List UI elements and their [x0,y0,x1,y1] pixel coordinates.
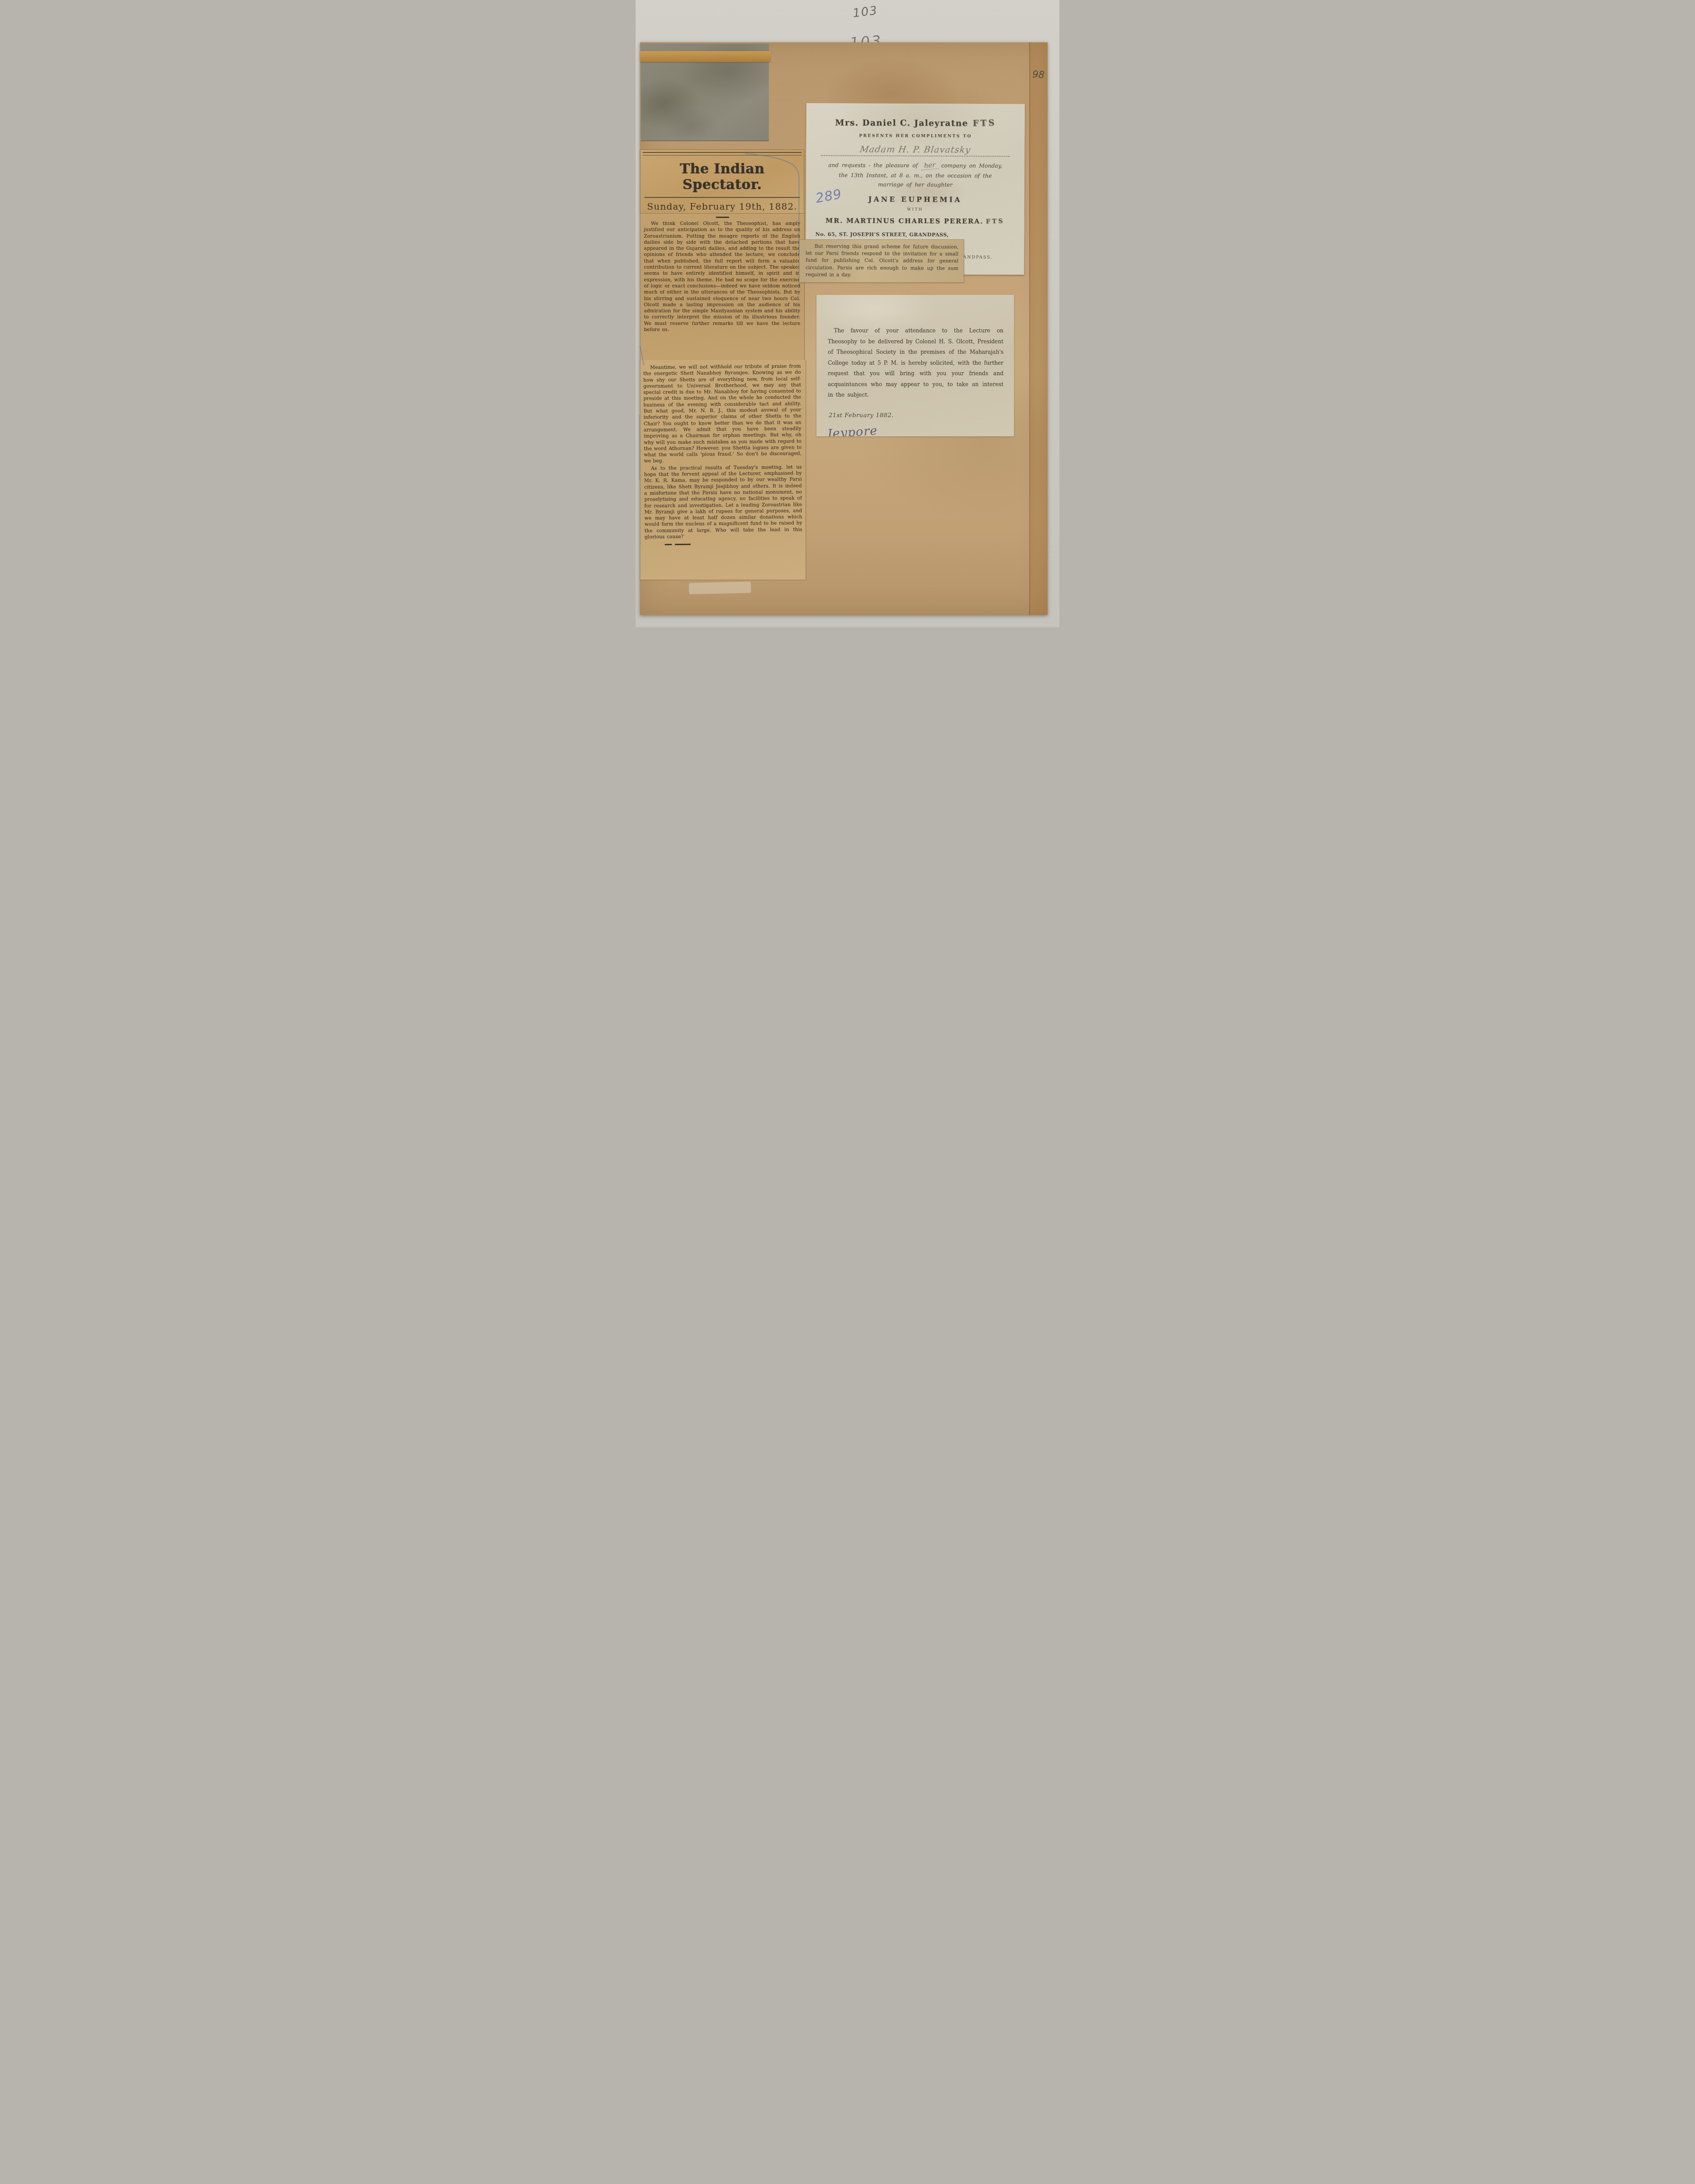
newspaper-title: The Indian Spectator. [640,161,804,193]
lecture-notice-clipping: The favour of your attendance to the Lec… [816,295,1014,436]
section-divider-dash [716,217,729,218]
fund-clipping-text: But reserving this grand scheme for futu… [799,239,964,279]
article-paragraph-2: Meantime, we will not withhold our tribu… [640,362,806,464]
masthead-border-line [643,152,802,153]
article-clipping-2: Meantime, we will not withhold our tribu… [640,360,806,580]
body-line-1-post: company on Monday, [941,162,1002,169]
newspaper-masthead-clipping: The Indian Spectator. Sunday, February 1… [640,149,804,214]
article-paragraph-1: We think Colonel Olcott, the Theosophist… [640,220,804,333]
presents-compliments-line: PRESENTS HER COMPLIMENTS TO [806,133,1025,139]
article-clipping-1: We think Colonel Olcott, the Theosophist… [640,214,805,360]
recipient-line: Madam H. P. Blavatsky [821,144,1010,157]
groom-name-text: MR. MARTINUS CHARLES PERERA. [826,217,983,225]
catalog-number-blue: 289 [814,187,843,207]
handwritten-her: her [920,161,938,170]
tape-strip-top [640,51,771,62]
invitation-body-line-2: the 13th Instant, at 8 a. m., on the occ… [806,172,1024,179]
groom-name: MR. MARTINUS CHARLES PERERA.FTS [806,217,1024,225]
host-name-text: Mrs. Daniel C. Jaleyratne [835,118,968,128]
fts-stamp: FTS [972,118,996,128]
scrapbook-page: The Indian Spectator. Sunday, February 1… [640,42,1048,615]
fund-clipping: But reserving this grand scheme for futu… [799,239,964,283]
scan-backdrop: 103 103 The Indian Spectator. Sunday, Fe… [636,0,1059,627]
folio-number-top: 103 [852,4,879,21]
body-line-1-pre: and requests - the pleasure of [828,162,918,169]
torn-paper-patch [689,582,751,594]
invitation-host-name: Mrs. Daniel C. JaleyratneFTS [806,118,1025,128]
lecture-notice-text: The favour of your attendance to the Lec… [828,325,1003,401]
newspaper-date: Sunday, February 19th, 1882. [640,201,804,212]
masthead-rule [644,197,800,198]
fts-stamp: FTS [986,218,1005,225]
recipient-handwritten-name: Madam H. P. Blavatsky [859,144,972,155]
masthead-border-line [643,155,802,156]
invitation-body-line-1: and requests - the pleasure of her compa… [806,161,1024,170]
tape-strip-right [1030,42,1048,615]
with-word: WITH [806,207,1024,212]
article-paragraph-3: As to the practical results of Tuesday's… [640,463,806,540]
folio-number-side: 98 [1032,69,1045,81]
invitation-address-street: No. 65, ST. JOSEPH'S STREET, GRANDPASS, [816,231,1024,238]
article-end-rule [665,543,806,545]
